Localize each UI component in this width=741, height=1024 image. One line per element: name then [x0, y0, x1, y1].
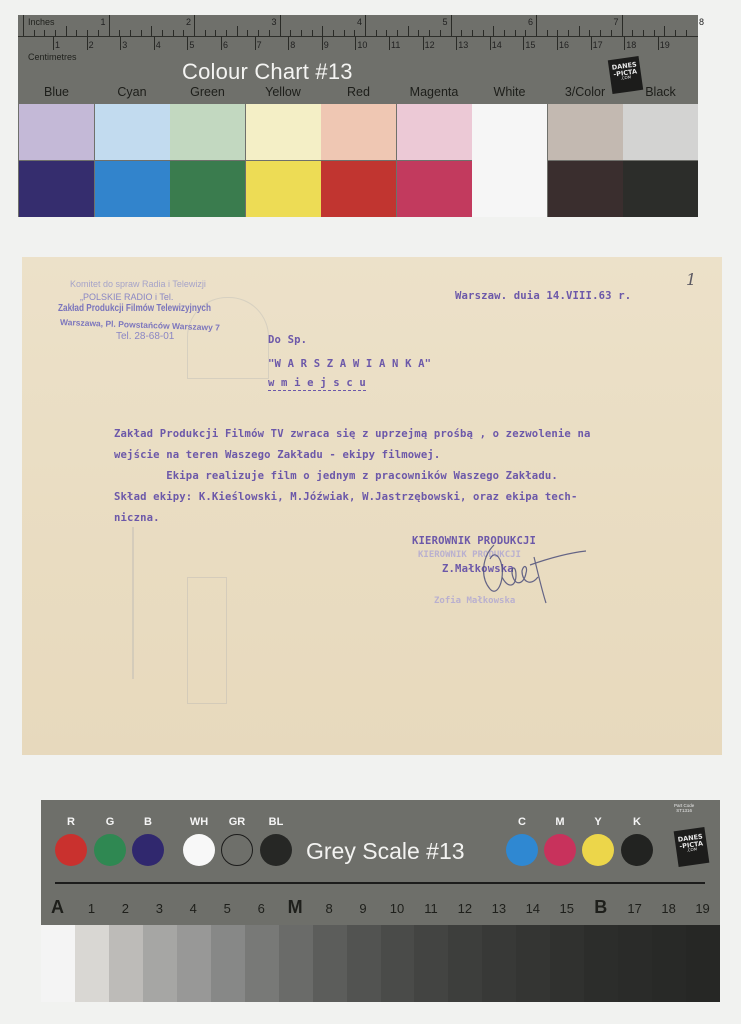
- color-dot-c: [506, 834, 538, 866]
- inch-tick: [675, 30, 676, 36]
- swatch-labels: BlueCyanGreenYellowRedMagentaWhite3/Colo…: [18, 85, 698, 101]
- inch-tick: [215, 30, 216, 36]
- cm-tick: [221, 36, 222, 50]
- cm-mark: 2: [89, 40, 94, 50]
- inch-mark: 3: [272, 17, 277, 27]
- part-code: Part Code ST1316: [674, 803, 694, 814]
- grey-step-9: [347, 925, 381, 1002]
- inch-tick: [55, 30, 56, 36]
- cm-mark: 8: [290, 40, 295, 50]
- inch-mark: 6: [528, 17, 533, 27]
- stamp-line2: „POLSKIE RADIO i Tel.: [80, 292, 173, 302]
- cm-tick: [53, 36, 54, 50]
- grey-step-4: [177, 925, 211, 1002]
- body-line-1: Zakład Produkcji Filmów TV zwraca się z …: [114, 428, 591, 440]
- inch-mark: 7: [614, 17, 619, 27]
- inch-tick: [483, 30, 484, 36]
- addressee-name: "W A R S Z A W I A N K A": [268, 358, 431, 370]
- inch-tick: [376, 30, 377, 36]
- inch-tick: [504, 30, 505, 36]
- grey-step-b: [584, 925, 618, 1002]
- color-dot-y: [582, 834, 614, 866]
- grey-step-11: [414, 925, 448, 1002]
- swatch-dark-cyan: [95, 161, 170, 217]
- swatch-light-3color: [548, 104, 623, 160]
- step-label-6: 6: [245, 901, 278, 916]
- cm-tick: [187, 36, 188, 50]
- inch-tick: [162, 30, 163, 36]
- inch-tick: [686, 30, 687, 36]
- cm-tick: [523, 36, 524, 50]
- inch-tick: [183, 30, 184, 36]
- step-label-5: 5: [211, 901, 244, 916]
- dot-label-gr: GR: [220, 816, 254, 828]
- institution-stamp: Komitet do spraw Radia i Telewizji „POLS…: [58, 279, 288, 359]
- grey-step-17: [618, 925, 652, 1002]
- colour-chart-card: Inches 123456781234567891011121314151617…: [18, 15, 698, 217]
- inch-tick: [141, 30, 142, 36]
- inch-tick: [130, 30, 131, 36]
- cm-mark: 17: [593, 40, 603, 50]
- inch-tick: [525, 30, 526, 36]
- inch-tick: [451, 15, 452, 36]
- inch-mark: 2: [186, 17, 191, 27]
- body-line-3: Ekipa realizuje film o jednym z pracowni…: [114, 470, 558, 482]
- cm-tick: [557, 36, 558, 50]
- color-dot-m: [544, 834, 576, 866]
- dot-label-m: M: [543, 816, 577, 828]
- inch-tick: [408, 26, 409, 36]
- grey-step-8: [313, 925, 347, 1002]
- inch-tick: [226, 30, 227, 36]
- color-dot-bl: [260, 834, 292, 866]
- cm-tick: [423, 36, 424, 50]
- step-label-14: 14: [516, 901, 549, 916]
- dot-label-r: R: [54, 816, 88, 828]
- inch-tick: [312, 30, 313, 36]
- grey-step-6: [245, 925, 279, 1002]
- cm-tick: [389, 36, 390, 50]
- inch-mark: 5: [443, 17, 448, 27]
- swatch-dark-blue: [19, 161, 94, 217]
- grey-step-15: [550, 925, 584, 1002]
- cm-tick: [288, 36, 289, 50]
- inch-tick: [290, 30, 291, 36]
- cm-mark: 18: [626, 40, 636, 50]
- grey-step-13: [482, 925, 516, 1002]
- swatch-light-cyan: [95, 104, 170, 160]
- swatch-light-blue: [19, 104, 94, 160]
- inch-tick: [258, 30, 259, 36]
- grey-step-m: [279, 925, 313, 1002]
- grey-step-18: [652, 925, 686, 1002]
- step-label-2: 2: [109, 901, 142, 916]
- inch-mark: 4: [357, 17, 362, 27]
- step-label-15: 15: [550, 901, 583, 916]
- step-label-13: 13: [482, 901, 515, 916]
- cm-mark: 11: [391, 40, 400, 50]
- step-label-8: 8: [313, 901, 346, 916]
- inch-tick: [23, 15, 24, 36]
- centimetres-label: Centimetres: [28, 52, 77, 62]
- cm-tick: [355, 36, 356, 50]
- cm-mark: 15: [525, 40, 535, 50]
- inch-tick: [547, 30, 548, 36]
- inch-tick: [280, 15, 281, 36]
- swatch-label-white: White: [472, 85, 547, 99]
- inch-tick: [109, 15, 110, 36]
- swatch-dark-red: [321, 161, 396, 217]
- inch-tick: [622, 15, 623, 36]
- step-label-m: M: [279, 897, 312, 918]
- dot-label-wh: WH: [182, 816, 216, 828]
- dot-label-k: K: [620, 816, 654, 828]
- step-label-19: 19: [686, 901, 719, 916]
- dot-label-g: G: [93, 816, 127, 828]
- ghost-vertical-line: [132, 527, 134, 679]
- grey-step-12: [448, 925, 482, 1002]
- date-line: Warszaw. duia 14.VIII.63 r.: [455, 290, 631, 302]
- inch-tick: [493, 26, 494, 36]
- cm-mark: 5: [189, 40, 194, 50]
- dot-label-y: Y: [581, 816, 615, 828]
- inch-tick: [643, 30, 644, 36]
- inch-tick: [418, 30, 419, 36]
- step-label-3: 3: [143, 901, 176, 916]
- inch-tick: [429, 30, 430, 36]
- stamp-line1: Komitet do spraw Radia i Telewizji: [70, 279, 210, 289]
- inch-tick: [98, 30, 99, 36]
- inch-tick: [322, 26, 323, 36]
- addressee-line1: Do Sp.: [268, 334, 307, 346]
- inch-tick: [568, 30, 569, 36]
- part-code-label: Part Code: [674, 803, 694, 808]
- grey-step-10: [381, 925, 415, 1002]
- body-line-2: wejście na teren Waszego Zakładu - ekipy…: [114, 449, 440, 461]
- swatch-dark-green: [170, 161, 245, 217]
- addressee-location: w m i e j s c u: [268, 377, 366, 391]
- cm-mark: 12: [425, 40, 435, 50]
- swatch-label-black: Black: [623, 85, 698, 99]
- swatch-dark-magenta: [397, 161, 472, 217]
- cm-mark: 16: [559, 40, 569, 50]
- step-label-17: 17: [618, 901, 651, 916]
- grey-step-1: [75, 925, 109, 1002]
- cm-tick: [490, 36, 491, 50]
- swatch-dark-3color: [548, 161, 623, 217]
- swatch-light-black: [623, 104, 698, 160]
- inch-mark: 1: [101, 17, 106, 27]
- swatch-light-green: [170, 104, 245, 160]
- inch-tick: [301, 30, 302, 36]
- cm-tick: [624, 36, 625, 50]
- swatch-label-magenta: Magenta: [397, 85, 472, 99]
- handwritten-signature: [472, 537, 592, 612]
- inch-tick: [515, 30, 516, 36]
- danes-picta-logo: DANES -PICTA .COM: [674, 827, 710, 867]
- cm-tick: [322, 36, 323, 50]
- inch-tick: [600, 30, 601, 36]
- inches-label: Inches: [28, 17, 55, 27]
- swatch-grid: [18, 104, 698, 217]
- stamp-line3: Zakład Produkcji Filmów Telewizyjnych: [58, 303, 211, 314]
- swatch-dark-yellow: [246, 161, 321, 217]
- stamp-line5: Tel. 28-68-01: [116, 331, 174, 342]
- ghost-stamp-box: [187, 577, 227, 704]
- step-label-a: A: [41, 897, 74, 918]
- cm-mark: 3: [122, 40, 127, 50]
- inch-tick: [440, 30, 441, 36]
- inch-tick: [664, 26, 665, 36]
- cm-tick: [456, 36, 457, 50]
- inch-tick: [173, 30, 174, 36]
- swatch-label-cyan: Cyan: [95, 85, 170, 99]
- swatch-dark-black: [623, 161, 698, 217]
- dot-label-c: C: [505, 816, 539, 828]
- swatch-light-red: [321, 104, 396, 160]
- grey-step-2: [109, 925, 143, 1002]
- inch-tick: [66, 26, 67, 36]
- grey-step-5: [211, 925, 245, 1002]
- inch-tick: [344, 30, 345, 36]
- swatch-label-yellow: Yellow: [246, 85, 321, 99]
- cm-mark: 1: [55, 40, 60, 50]
- cm-mark: 19: [660, 40, 670, 50]
- cm-tick: [120, 36, 121, 50]
- swatch-label-red: Red: [321, 85, 396, 99]
- step-label-10: 10: [381, 901, 414, 916]
- inch-tick: [472, 30, 473, 36]
- inch-tick: [611, 30, 612, 36]
- inch-tick: [632, 30, 633, 36]
- inch-tick: [461, 30, 462, 36]
- inch-tick: [386, 30, 387, 36]
- color-dot-b: [132, 834, 164, 866]
- step-label-18: 18: [652, 901, 685, 916]
- step-label-4: 4: [177, 901, 210, 916]
- inch-tick: [365, 15, 366, 36]
- inch-tick: [34, 30, 35, 36]
- inch-tick: [333, 30, 334, 36]
- swatch-light-magenta: [397, 104, 472, 160]
- inch-tick: [247, 30, 248, 36]
- swatch-white: [472, 104, 547, 217]
- inch-tick: [397, 30, 398, 36]
- cm-tick: [255, 36, 256, 50]
- inch-mark: 8: [699, 17, 704, 27]
- inch-tick: [194, 15, 195, 36]
- cm-mark: 7: [257, 40, 262, 50]
- cm-mark: 9: [324, 40, 329, 50]
- dot-label-bl: BL: [259, 816, 293, 828]
- inch-tick: [654, 30, 655, 36]
- grey-scale-title: Grey Scale #13: [306, 838, 465, 865]
- cm-mark: 10: [357, 40, 367, 50]
- cm-tick: [591, 36, 592, 50]
- cm-tick: [154, 36, 155, 50]
- step-label-9: 9: [347, 901, 380, 916]
- inch-tick: [269, 30, 270, 36]
- cm-mark: 14: [492, 40, 502, 50]
- inch-tick: [76, 30, 77, 36]
- cm-tick: [658, 36, 659, 50]
- step-label-b: B: [584, 897, 617, 918]
- color-dot-r: [55, 834, 87, 866]
- typed-letter: Komitet do spraw Radia i Telewizji „POLS…: [22, 257, 722, 755]
- swatch-label-blue: Blue: [19, 85, 94, 99]
- ruler: Inches 123456781234567891011121314151617…: [18, 15, 698, 67]
- step-label-12: 12: [448, 901, 481, 916]
- inch-tick: [44, 30, 45, 36]
- page-number: 1: [686, 270, 696, 289]
- inch-tick: [579, 26, 580, 36]
- swatch-label-3color: 3/Color: [548, 85, 623, 99]
- color-dot-k: [621, 834, 653, 866]
- grey-step-19: [686, 925, 720, 1002]
- inch-tick: [237, 26, 238, 36]
- part-code-value: ST1316: [676, 808, 692, 813]
- cm-mark: 4: [156, 40, 161, 50]
- cm-tick: [87, 36, 88, 50]
- grey-step-3: [143, 925, 177, 1002]
- color-dot-gr: [221, 834, 253, 866]
- step-label-1: 1: [75, 901, 108, 916]
- step-label-11: 11: [414, 901, 447, 916]
- divider-line: [55, 882, 705, 884]
- dot-label-b: B: [131, 816, 165, 828]
- inch-tick: [536, 15, 537, 36]
- grey-step-14: [516, 925, 550, 1002]
- cm-mark: 6: [223, 40, 228, 50]
- swatch-label-green: Green: [170, 85, 245, 99]
- inch-tick: [205, 30, 206, 36]
- colour-chart-title: Colour Chart #13: [182, 59, 353, 85]
- grey-scale-card: Part Code ST1316 RGBWHGRBL Grey Scale #1…: [41, 800, 720, 1002]
- swatch-light-yellow: [246, 104, 321, 160]
- grey-step-a: [41, 925, 75, 1002]
- color-dot-g: [94, 834, 126, 866]
- color-dot-wh: [183, 834, 215, 866]
- cm-mark: 13: [458, 40, 468, 50]
- inch-tick: [151, 26, 152, 36]
- body-line-4: Skład ekipy: K.Kieślowski, M.Jóźwiak, W.…: [114, 491, 578, 503]
- body-line-5: niczna.: [114, 512, 160, 524]
